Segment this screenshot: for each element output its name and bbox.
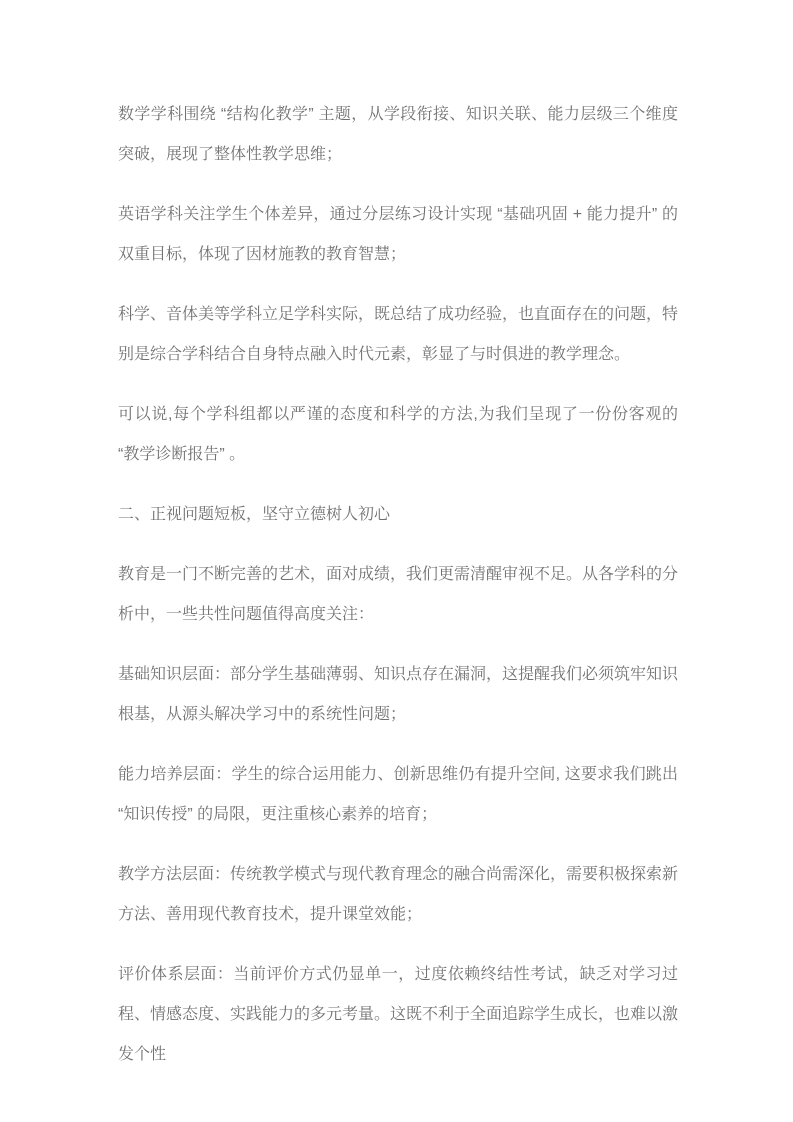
paragraph-math-subject: 数学学科围绕 “结构化教学” 主题，从学段衔接、知识关联、能力层级三个维度突破，… xyxy=(118,95,678,175)
paragraph-evaluation-system: 评价体系层面：当前评价方式仍显单一，过度依赖终结性考试，缺乏对学习过程、情感态度… xyxy=(118,955,678,1075)
paragraph-knowledge-foundation: 基础知识层面：部分学生基础薄弱、知识点存在漏洞，这提醒我们必须筑牢知识根基，从源… xyxy=(118,655,678,735)
document-body: 数学学科围绕 “结构化教学” 主题，从学段衔接、知识关联、能力层级三个维度突破，… xyxy=(118,95,678,1075)
paragraph-ability-cultivation: 能力培养层面：学生的综合运用能力、创新思维仍有提升空间, 这要求我们跳出 “知识… xyxy=(118,755,678,835)
paragraph-summary-diagnosis: 可以说,每个学科组都以严谨的态度和科学的方法,为我们呈现了一份份客观的 “教学诊… xyxy=(118,395,678,475)
paragraph-teaching-methods: 教学方法层面：传统教学模式与现代教育理念的融合尚需深化，需要积极探索新方法、善用… xyxy=(118,855,678,935)
paragraph-section-intro: 教育是一门不断完善的艺术，面对成绩，我们更需清醒审视不足。从各学科的分析中，一些… xyxy=(118,555,678,635)
paragraph-english-subject: 英语学科关注学生个体差异，通过分层练习设计实现 “基础巩固 + 能力提升” 的双… xyxy=(118,195,678,275)
document-page: 数学学科围绕 “结构化教学” 主题，从学段衔接、知识关联、能力层级三个维度突破，… xyxy=(0,0,793,1122)
section-heading: 二、正视问题短板，坚守立德树人初心 xyxy=(118,495,678,535)
paragraph-science-arts-subject: 科学、音体美等学科立足学科实际，既总结了成功经验，也直面存在的问题，特别是综合学… xyxy=(118,295,678,375)
